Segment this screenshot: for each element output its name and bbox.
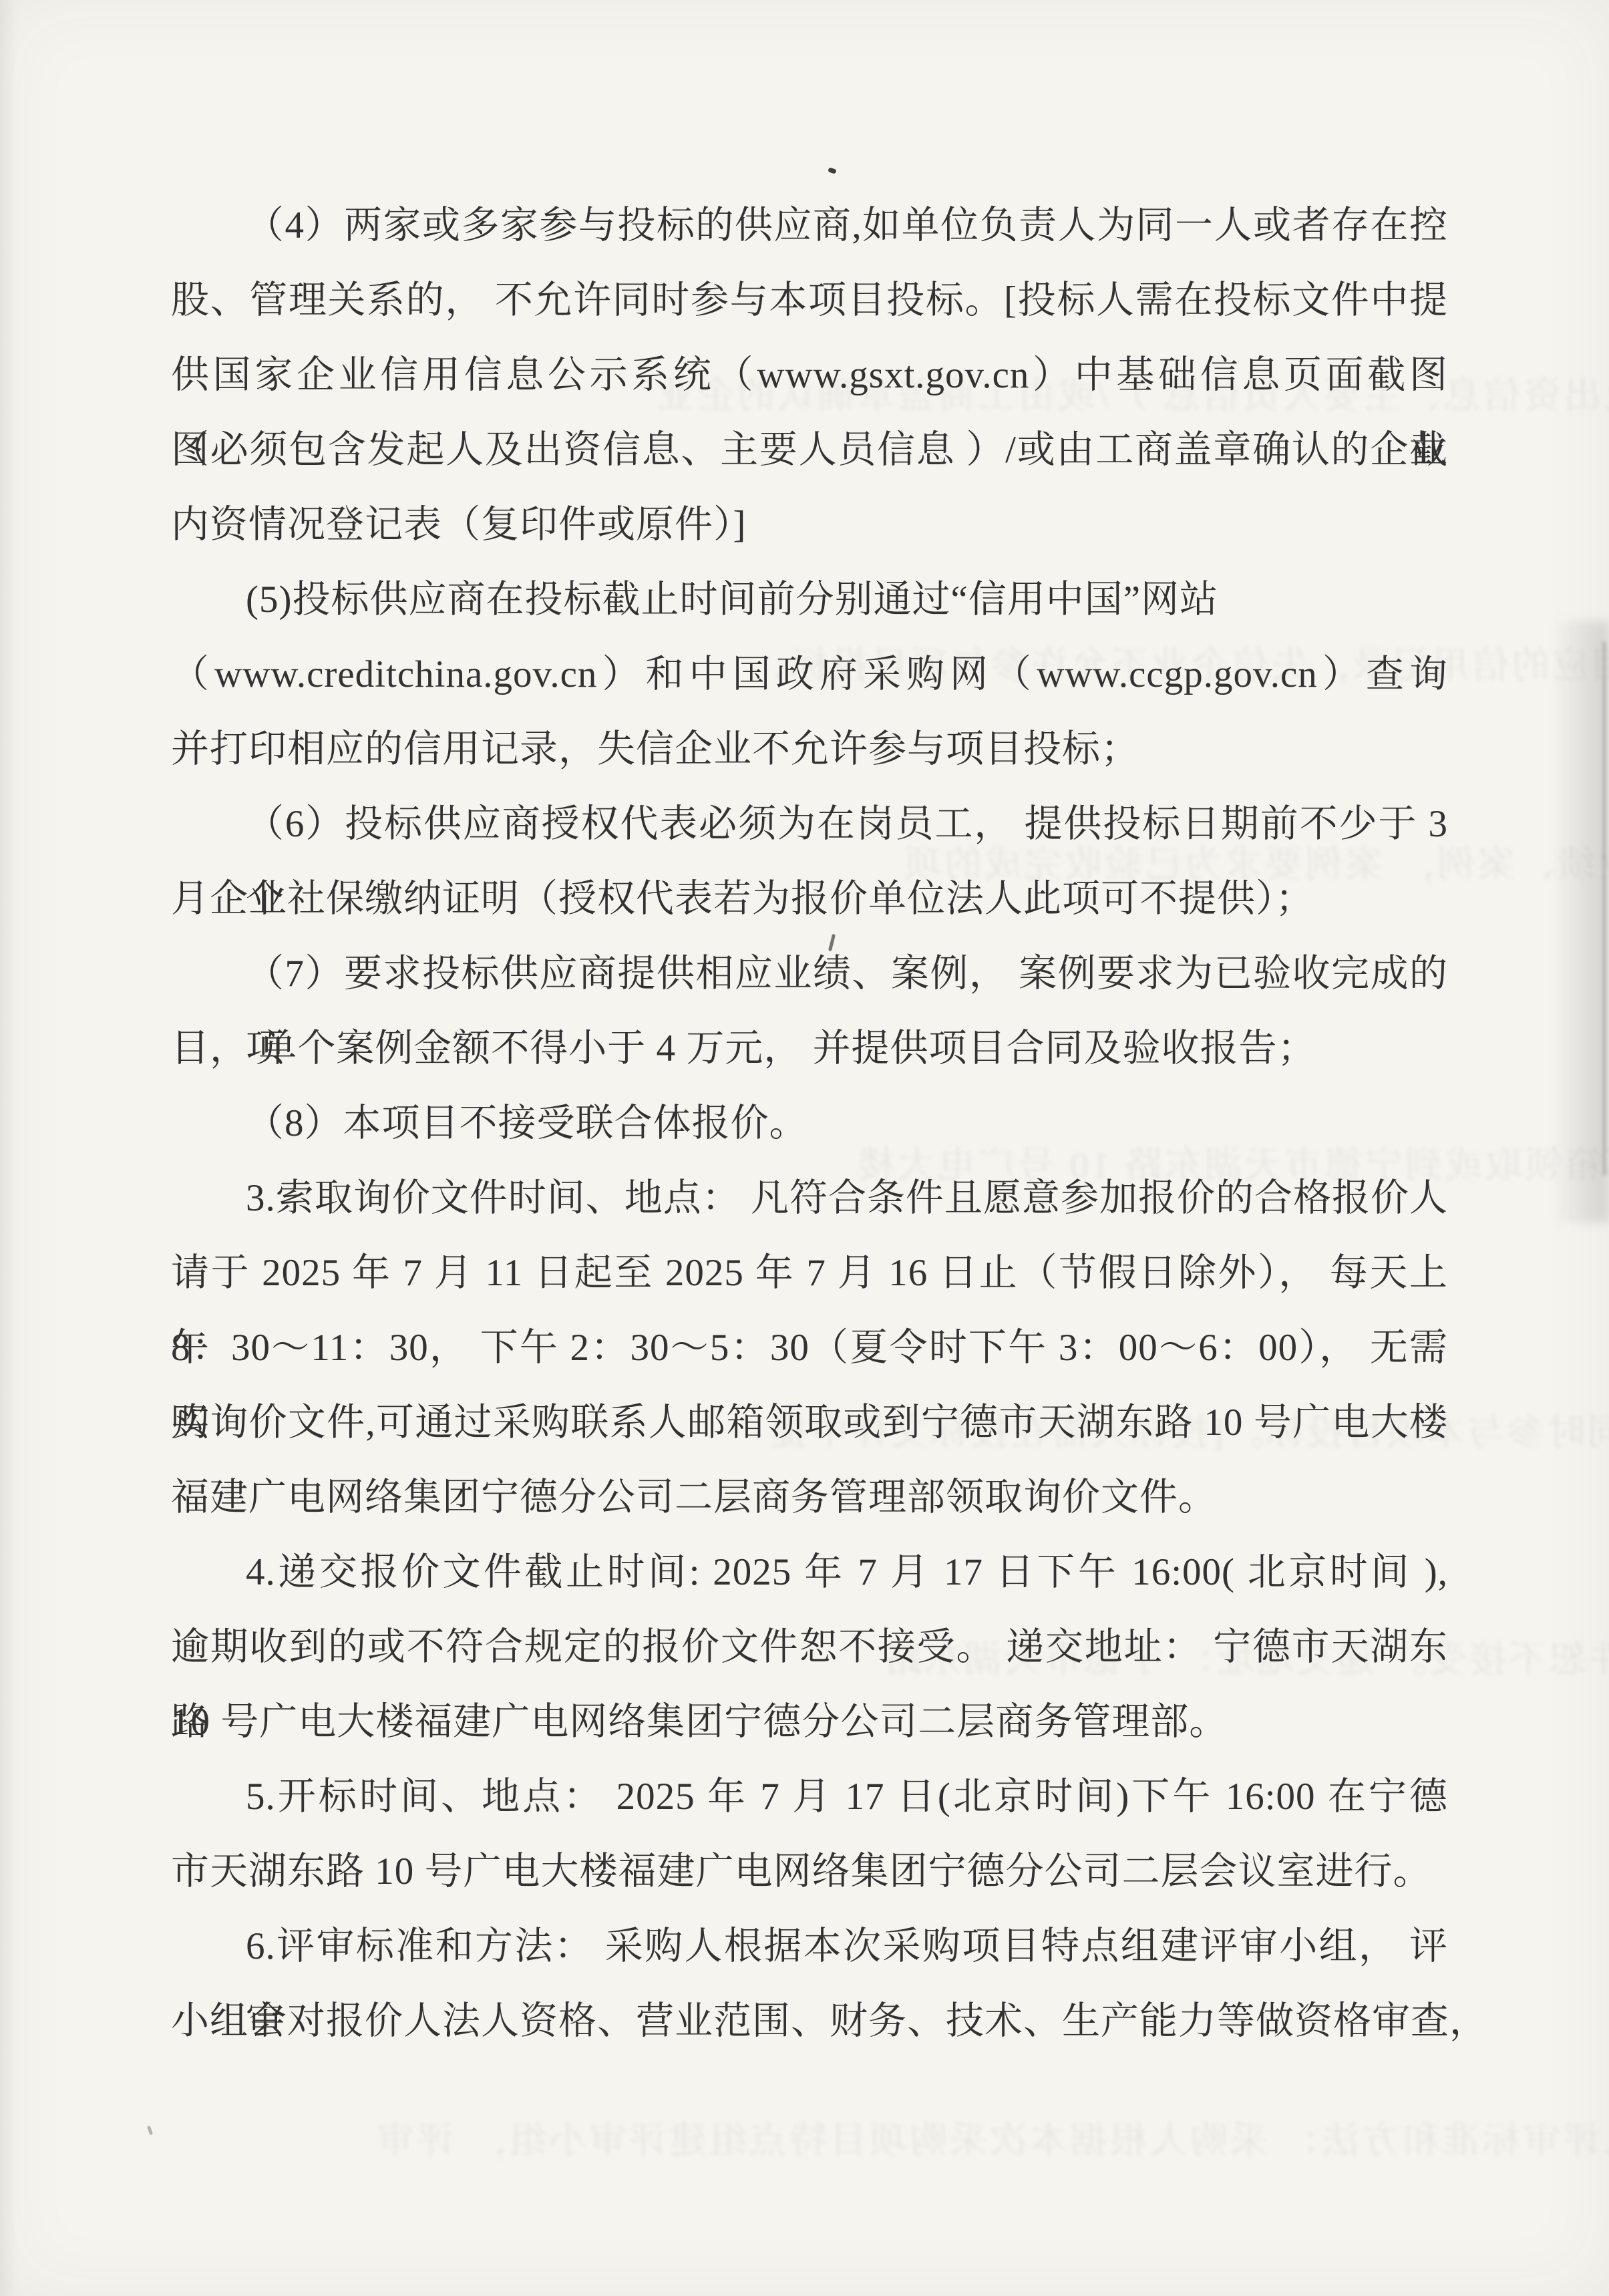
scanned-procurement-notice-page: 图必须包含发起人及出资信息、主要人员信息 ）/或由工商盖章确认的企业并打印相应的… [0,0,1609,2296]
text-line: （7）要求投标供应商提供相应业绩、案例， 案例要求为已验收完成的项 [171,937,1448,1011]
text-line: （4）两家或多家参与投标的供应商,如单位负责人为同一人或者存在控 [171,188,1448,263]
text-line: 图必须包含发起人及出资信息、主要人员信息 ）/或由工商盖章确认的企业 [171,413,1448,488]
text-line: （6）投标供应商授权代表必须为在岗员工， 提供投标日期前不少于 3 个 [171,787,1448,862]
text-line: 内资情况登记表（复印件或原件）] [171,488,1448,562]
text-line: 小组会对报价人法人资格、营业范围、财务、技术、生产能力等做资格审查， [171,1984,1448,2059]
text-line: 买询价文件,可通过采购联系人邮箱领取或到宁德市天湖东路 10 号广电大楼 [171,1385,1448,1460]
text-line: （www.creditchina.gov.cn）和中国政府采购网（www.ccg… [171,637,1448,712]
text-line: （8）本项目不接受联合体报价。 [171,1086,1448,1161]
text-line: 10 号广电大楼福建广电网络集团宁德分公司二层商务管理部。 [171,1685,1448,1760]
text-line: 市天湖东路 10 号广电大楼福建广电网络集团宁德分公司二层会议室进行。 [171,1834,1448,1909]
text-line: 6.评审标准和方法： 采购人根据本次采购项目特点组建评审小组， 评审 [171,1909,1448,1984]
text-line: 逾期收到的或不符合规定的报价文件恕不接受。 递交地址： 宁德市天湖东路 [171,1610,1448,1685]
document-text-block: （4）两家或多家参与投标的供应商,如单位负责人为同一人或者存在控股、管理关系的，… [171,188,1448,2059]
text-line: 3.索取询价文件时间、地点： 凡符合条件且愿意参加报价的合格报价人 [171,1161,1448,1236]
text-line: 请于 2025 年 7 月 11 日起至 2025 年 7 月 16 日止（节假… [171,1236,1448,1311]
bleedthrough-line: 6.评审标准和方法： 采购人根据本次采购项目特点组建评审小组， 评审 [374,2111,1609,2164]
text-line: 并打印相应的信用记录，失信企业不允许参与项目投标； [171,712,1448,787]
scan-right-edge-streak [1552,621,1609,1222]
text-line: 股、管理关系的， 不允许同时参与本项目投标。[投标人需在投标文件中提 [171,263,1448,338]
text-line: 福建广电网络集团宁德分公司二层商务管理部领取询价文件。 [171,1460,1448,1535]
text-line: (5)投标供应商在投标截止时间前分别通过“信用中国”网站 [171,562,1448,637]
text-line: 供国家企业信用信息公示系统（www.gsxt.gov.cn）中基础信息页面截图（… [171,338,1448,413]
scan-left-edge-shade [0,0,17,2296]
scan-right-edge-line [1602,641,1606,1176]
text-line: 8：30～11：30， 下午 2：30～5：30（夏令时下午 3：00～6：00… [171,1311,1448,1385]
text-line: 目， 单个案例金额不得小于 4 万元， 并提供项目合同及验收报告； [171,1011,1448,1086]
text-line: 5.开标时间、地点： 2025 年 7 月 17 日(北京时间)下午 16:00… [171,1760,1448,1834]
text-line: 4.递交报价文件截止时间: 2025 年 7 月 17 日下午 16:00( 北… [171,1535,1448,1610]
text-line: 月企业社保缴纳证明（授权代表若为报价单位法人此项可不提供）； [171,862,1448,937]
